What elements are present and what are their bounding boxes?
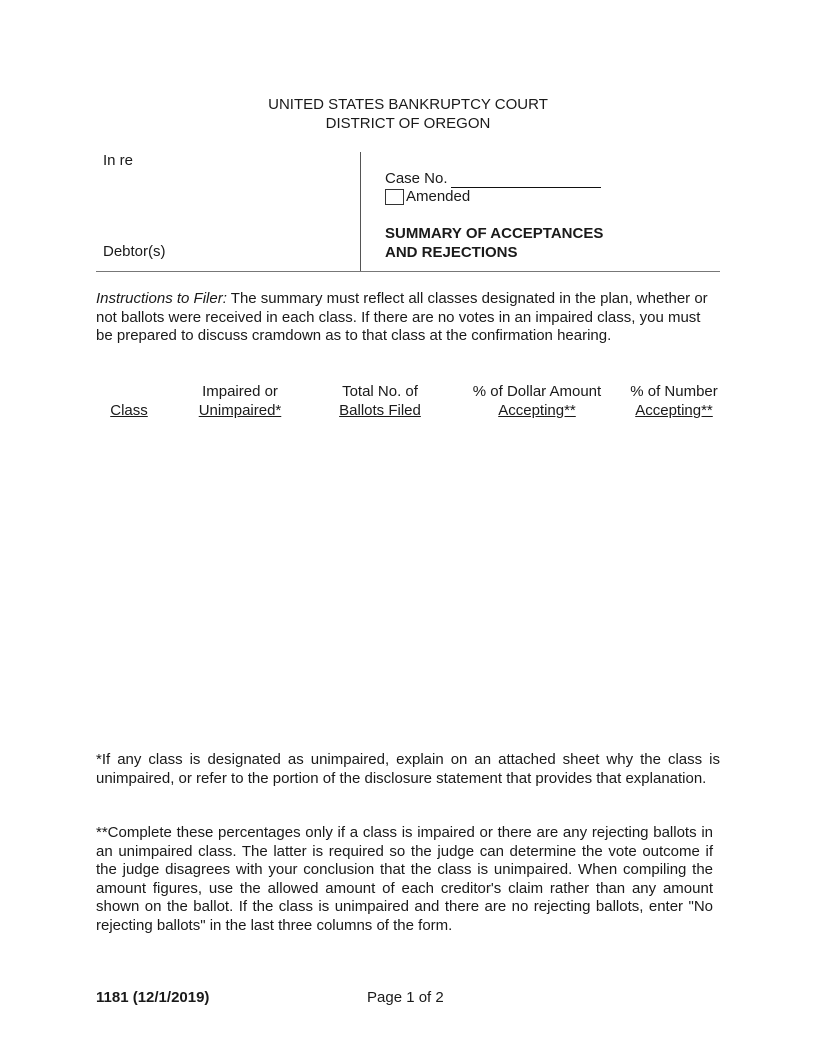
column-header-line2: Class [96,401,162,420]
case-number-label: Case No. [385,170,448,187]
document-title-line1: SUMMARY OF ACCEPTANCES [385,224,603,243]
case-number-field: Case No. [385,169,601,188]
column-header-line2: Accepting** [622,401,726,420]
amended-checkbox[interactable] [385,189,404,205]
column-header-ballots: Total No. of Ballots Filed [320,382,440,420]
column-header-dollar-accepting: % of Dollar Amount Accepting** [462,382,612,420]
column-header-impaired: Impaired or Unimpaired* [180,382,300,420]
case-number-input[interactable] [451,171,601,188]
instructions-to-filer: Instructions to Filer: The summary must … [96,290,720,346]
in-re-label: In re [103,151,133,170]
debtor-label: Debtor(s) [103,242,166,261]
court-district: DISTRICT OF OREGON [0,114,816,133]
footnote-percentages: **Complete these percentages only if a c… [96,824,713,935]
document-title: SUMMARY OF ACCEPTANCES AND REJECTIONS [385,224,603,262]
form-code: 1181 (12/1/2019) [96,989,209,1006]
column-header-line2: Ballots Filed [320,401,440,420]
page-number: Page 1 of 2 [367,989,444,1006]
caption-divider [360,152,361,271]
court-name: UNITED STATES BANKRUPTCY COURT [0,95,816,114]
footnote-unimpaired: *If any class is designated as unimpaire… [96,751,720,788]
instructions-lead: Instructions to Filer: [96,290,227,307]
caption-rule [96,271,720,272]
column-header-line2: Accepting** [462,401,612,420]
column-header-number-accepting: % of Number Accepting** [622,382,726,420]
amended-field: Amended [385,187,470,206]
column-header-class: Class [96,382,162,420]
column-header-line2: Unimpaired* [180,401,300,420]
column-header-line1: Total No. of [320,382,440,401]
document-title-line2: AND REJECTIONS [385,243,603,262]
amended-label: Amended [406,187,470,206]
column-header-line1 [96,382,162,401]
column-header-line1: % of Number [622,382,726,401]
column-header-line1: Impaired or [180,382,300,401]
column-header-line1: % of Dollar Amount [462,382,612,401]
